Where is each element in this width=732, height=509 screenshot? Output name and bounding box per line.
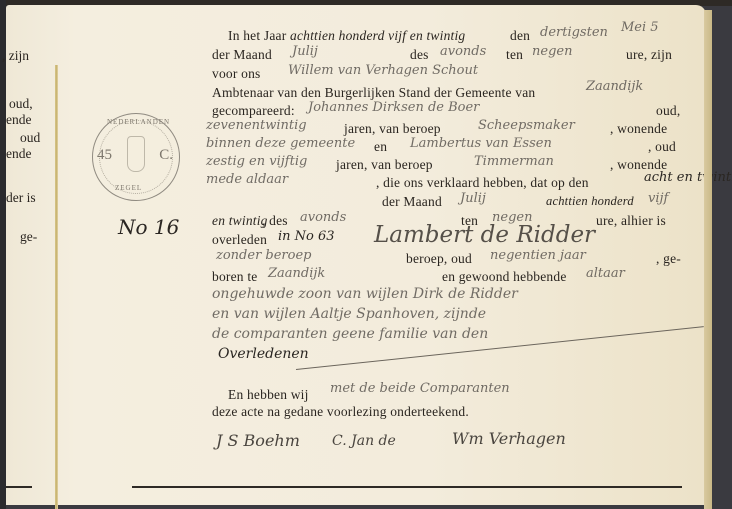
print-verklaard: , die ons verklaard hebben, dat op den bbox=[376, 175, 589, 191]
stamp-top-text: NEDERLANDEN bbox=[107, 118, 170, 126]
page-right-edge bbox=[704, 10, 712, 509]
print-en: en bbox=[374, 139, 387, 155]
print-der-maand-2: der Maand bbox=[382, 194, 442, 210]
print-jaren-beroep: jaren, van beroep bbox=[344, 121, 441, 137]
hand-address: in No 63 bbox=[278, 229, 335, 244]
hand-declarant-2-name: Lambertus van Essen bbox=[410, 136, 552, 151]
hand-margin-note: Mei 5 bbox=[621, 20, 659, 35]
hand-death-time: avonds bbox=[300, 210, 346, 225]
hand-parentage-line-1: ongehuwde zoon van wijlen Dirk de Ridder bbox=[212, 286, 518, 302]
print-alhier-is: ure, alhier is bbox=[596, 213, 666, 229]
print-der-maand: der Maand bbox=[212, 47, 272, 63]
hand-occupation: zonder beroep bbox=[216, 248, 311, 263]
print-ambtenaar: Ambtenaar van den Burgerlijken Stand der… bbox=[212, 85, 535, 101]
print-des-2: , des bbox=[262, 213, 288, 229]
hand-death-day: acht en twintigsten bbox=[644, 170, 732, 185]
page-fold-line bbox=[55, 65, 58, 509]
margin-fragment: ge- bbox=[20, 229, 37, 245]
margin-fragment: oud bbox=[20, 130, 40, 146]
print-oud: oud, bbox=[656, 103, 680, 119]
hand-month: Julij bbox=[292, 44, 318, 59]
print-overleden: overleden bbox=[212, 232, 267, 248]
deceased-name: Lambert de Ridder bbox=[374, 222, 595, 248]
print-ure-zijn: ure, zijn bbox=[626, 47, 672, 63]
hand-municipality: Zaandijk bbox=[586, 79, 643, 94]
tax-stamp: NEDERLANDEN 45 C. ZEGEL bbox=[92, 113, 180, 201]
print-ten: ten bbox=[506, 47, 523, 63]
hand-declarant-2-occupation: Timmerman bbox=[474, 154, 554, 169]
hand-closing: met de beide Comparanten bbox=[330, 381, 510, 396]
margin-fragment: ende bbox=[6, 146, 31, 162]
bottom-rule bbox=[132, 486, 682, 488]
hand-residence: altaar bbox=[586, 266, 625, 281]
print-oud-2: , oud bbox=[648, 139, 676, 155]
signature-3: Wm Verhagen bbox=[452, 429, 566, 448]
print-en-twintig: en twintig bbox=[212, 213, 268, 229]
document-page: , zijn oud, ende oud ende der is ge- NED… bbox=[6, 5, 706, 505]
stamp-letter: C. bbox=[159, 147, 173, 164]
hand-day: dertigsten bbox=[540, 25, 608, 40]
signature-2: C. Jan de bbox=[332, 433, 396, 449]
hand-death-year: vijf bbox=[648, 191, 668, 206]
signature-1: J S Boehm bbox=[216, 431, 300, 450]
margin-fragment: oud, bbox=[9, 96, 33, 112]
print-jaren-beroep-2: jaren, van beroep bbox=[336, 157, 433, 173]
hand-birthplace: Zaandijk bbox=[268, 266, 325, 281]
print-line-1: In het Jaar achttien honderd vijf en twi… bbox=[228, 28, 465, 44]
print-voor-ons: voor ons bbox=[212, 66, 260, 82]
print-des: des bbox=[410, 47, 429, 63]
print-beroep-oud: beroep, oud bbox=[406, 251, 472, 267]
margin-rule bbox=[6, 486, 32, 488]
print-ge: , ge- bbox=[656, 251, 681, 267]
print-boren-te: boren te bbox=[212, 269, 257, 285]
print-achttien-honderd: achttien honderd bbox=[546, 194, 634, 209]
print-closing-2: deze acte na gedane voorlezing onderteek… bbox=[212, 404, 469, 420]
hand-declarant-1-name: Johannes Dirksen de Boer bbox=[308, 100, 479, 115]
margin-fragment: der is bbox=[6, 190, 36, 206]
hand-declarant-1-residence: binnen deze gemeente bbox=[206, 136, 355, 151]
print-closing-1: En hebben wij bbox=[228, 387, 309, 403]
hand-declarant-2-residence: mede aldaar bbox=[206, 172, 288, 187]
stamp-number: 45 bbox=[97, 147, 112, 164]
hand-declarant-2-age: zestig en vijftig bbox=[206, 154, 307, 169]
hand-death-month: Julij bbox=[460, 191, 486, 206]
print-wonende: , wonende bbox=[610, 121, 667, 137]
hand-official: Willem van Verhagen Schout bbox=[288, 63, 478, 78]
hand-parentage-line-3: de comparanten geene familie van den bbox=[212, 326, 488, 342]
crown-emblem-icon bbox=[127, 136, 145, 172]
hand-time-of-day: avonds bbox=[440, 44, 486, 59]
hand-declarant-1-occupation: Scheepsmaker bbox=[478, 118, 575, 133]
print-gewoond: en gewoond hebbende bbox=[442, 269, 567, 285]
stamp-bottom-text: ZEGEL bbox=[115, 184, 142, 192]
print-gecompareerd: gecompareerd: bbox=[212, 103, 295, 119]
hand-declarant-1-age: zevenentwintig bbox=[206, 118, 307, 133]
registration-number: No 16 bbox=[118, 215, 179, 239]
margin-fragment: ende bbox=[6, 112, 31, 128]
hand-age: negentien jaar bbox=[490, 248, 586, 263]
hand-parentage-line-4: Overledenen bbox=[218, 346, 309, 362]
hand-parentage-line-2: en van wijlen Aaltje Spanhoven, zijnde bbox=[212, 306, 486, 322]
margin-fragment: , zijn bbox=[2, 48, 29, 64]
hand-hour: negen bbox=[532, 44, 572, 59]
print-den: den bbox=[510, 28, 530, 44]
